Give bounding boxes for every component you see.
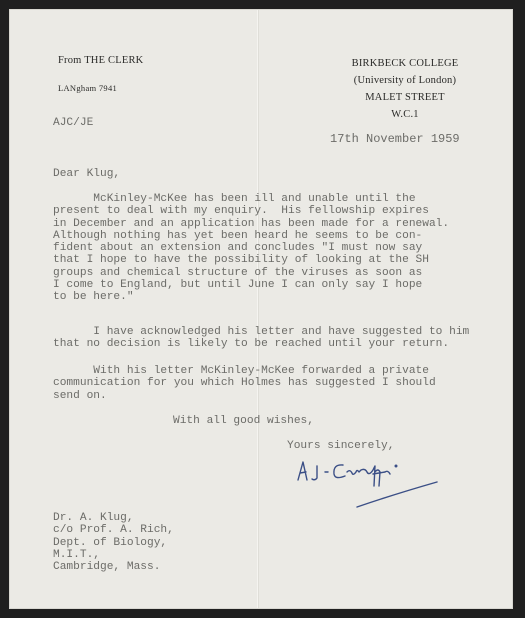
college-university: (University of London) <box>305 72 505 89</box>
letterhead-phone: LANgham 7941 <box>58 83 117 93</box>
closing: With all good wishes, <box>173 415 314 427</box>
recipient-address: Dr. A. Klug, c/o Prof. A. Rich, Dept. of… <box>53 512 174 573</box>
paragraph-1: McKinley-McKee has been ill and unable u… <box>53 193 449 304</box>
fold-line <box>257 10 258 608</box>
paragraph-3: With his letter McKinley-McKee forwarded… <box>53 365 436 402</box>
letter-page: From THE CLERK LANgham 7941 BIRKBECK COL… <box>10 10 512 608</box>
letterhead-from: From THE CLERK <box>58 55 143 66</box>
college-name: BIRKBECK COLLEGE <box>305 55 505 72</box>
date: 17th November 1959 <box>330 133 460 145</box>
signature-icon <box>295 450 465 510</box>
letterhead-college: BIRKBECK COLLEGE (University of London) … <box>305 55 505 123</box>
paragraph-2: I have acknowledged his letter and have … <box>53 326 469 351</box>
salutation: Dear Klug, <box>53 168 120 180</box>
college-postcode: W.C.1 <box>305 106 505 123</box>
reference: AJC/JE <box>53 117 93 129</box>
college-street: MALET STREET <box>305 89 505 106</box>
